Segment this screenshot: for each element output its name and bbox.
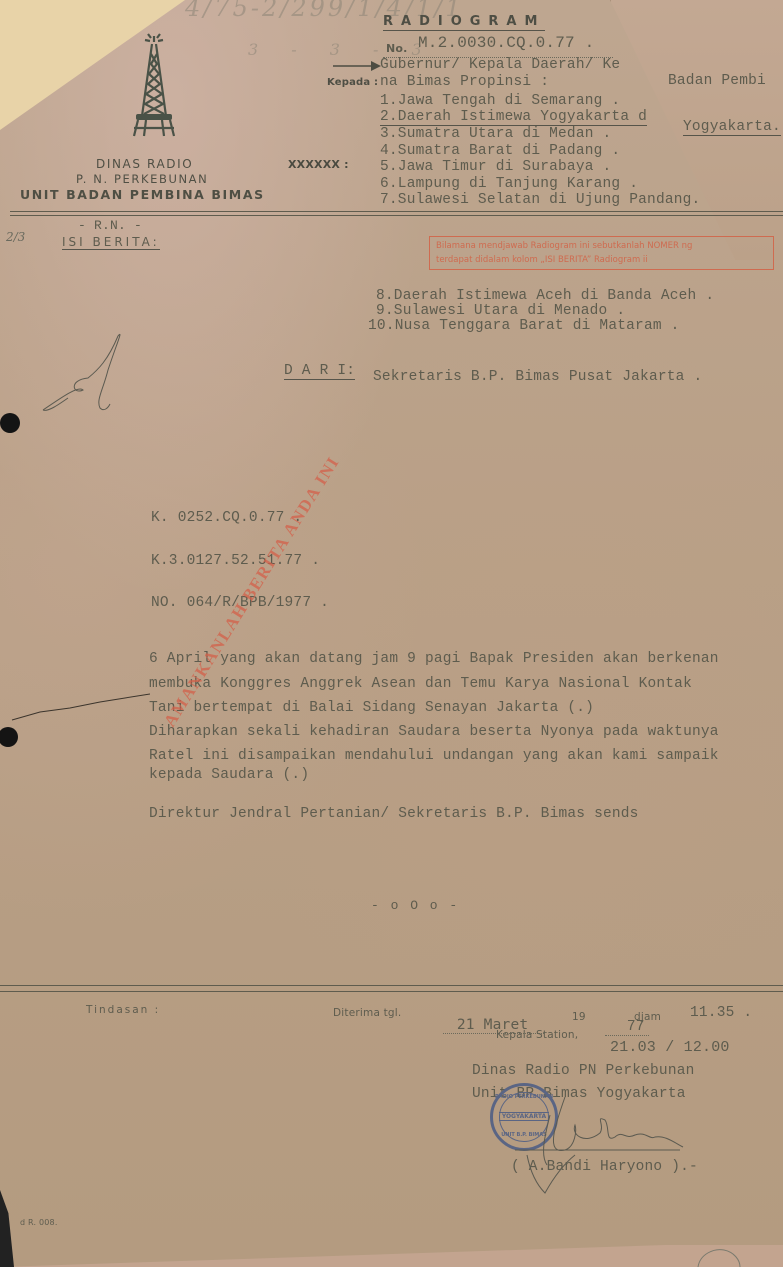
tindasan-label: Tindasan : xyxy=(86,1004,160,1016)
handwritten-signature-icon xyxy=(505,1095,695,1195)
station-receipt-stamp: 21.03 / 12.00 xyxy=(610,1039,730,1056)
notice-line1: Bilamana mendjawab Radiogram ini sebutka… xyxy=(436,241,679,251)
djam-label: djam xyxy=(634,1011,661,1023)
footer-divider-second xyxy=(0,991,783,992)
struck-out-label: XXXXXX : xyxy=(288,158,349,171)
recipient-item: 1.Jawa Tengah di Semarang . xyxy=(380,93,620,109)
signatory-name: ( A.Bandi Haryono ).- xyxy=(511,1159,698,1175)
recipient-item: 4.Sumatra Barat di Padang . xyxy=(380,143,620,159)
recipient-item: 9.Sulawesi Utara di Menado . xyxy=(376,303,625,319)
footer-divider xyxy=(0,985,783,986)
recipient-intro-line2: na Bimas Propinsi : xyxy=(380,74,549,90)
message-line: Tani bertempat di Balai Sidang Senayan J… xyxy=(149,700,594,716)
handwritten-initial-icon xyxy=(38,330,138,420)
year-prefix: 19 xyxy=(572,1011,586,1023)
org-name-unit: UNIT BADAN PEMBINA BIMAS xyxy=(20,187,265,202)
message-closing: Direktur Jendral Pertanian/ Sekretaris B… xyxy=(149,806,639,822)
message-line: Diharapkan sekali kehadiran Saudara bese… xyxy=(149,724,719,740)
reference-number: K.3.0127.52.51.77 . xyxy=(151,553,320,569)
punch-hole-top xyxy=(0,413,20,433)
kepala-station-label: Kepala Station, xyxy=(496,1029,578,1041)
header-divider xyxy=(10,211,783,212)
sender-value: Sekretaris B.P. Bimas Pusat Jakarta . xyxy=(373,369,702,385)
recipient-item: 7.Sulawesi Selatan di Ujung Pandang. xyxy=(380,192,700,208)
message-line: Ratel ini disampaikan mendahului undanga… xyxy=(149,748,719,764)
sender-label: D A R I: xyxy=(284,363,355,380)
kepada-label: Kepada : xyxy=(327,77,378,88)
stamp-fragment-icon xyxy=(694,1248,744,1267)
diterima-label: Diterima tgl. xyxy=(333,1007,401,1019)
notice-line1-continued: ng xyxy=(682,241,693,251)
radiogram-number: M.2.0030.CQ.0.77 . xyxy=(418,34,594,52)
recipient-intro-line1-continued: Badan Pembi xyxy=(668,73,766,89)
message-line: 6 April yang akan datang jam 9 pagi Bapa… xyxy=(149,651,719,667)
recipient-item: 6.Lampung di Tanjung Karang . xyxy=(380,176,638,192)
arrow-right-icon xyxy=(333,60,383,72)
message-line: kepada Saudara (.) xyxy=(149,767,309,783)
paper-tear-icon xyxy=(10,690,150,730)
end-of-message-mark: - o O o - xyxy=(371,898,459,913)
recipient-item: 10.Nusa Tenggara Barat di Mataram . xyxy=(368,318,680,334)
margin-note: 2/3 xyxy=(6,230,25,244)
message-line: membuka Konggres Anggrek Asean dan Temu … xyxy=(149,676,692,692)
reply-instruction-notice: Bilamana mendjawab Radiogram ini sebutka… xyxy=(429,236,774,270)
header-divider-second xyxy=(10,215,783,216)
radio-tower-icon xyxy=(132,28,176,140)
isi-berita-label: ISI BERITA: xyxy=(62,235,160,250)
rn-label: - R.N. - xyxy=(78,218,142,233)
form-code: d R. 008. xyxy=(20,1218,58,1227)
number-label: No. xyxy=(386,42,408,55)
recipient-item-2-continued: Yogyakarta. xyxy=(683,119,781,136)
document-title: RADIOGRAM xyxy=(383,14,545,31)
recipient-item: 5.Jawa Timur di Surabaya . xyxy=(380,159,611,175)
reference-number: K. 0252.CQ.0.77 . xyxy=(151,510,302,526)
recipient-item: 2.Daerah Istimewa Yogyakarta d xyxy=(380,109,647,126)
signature-org-line1: Dinas Radio PN Perkebunan xyxy=(472,1063,695,1079)
received-time: 11.35 . xyxy=(690,1005,752,1021)
recipient-item: 3.Sumatra Utara di Medan . xyxy=(380,126,611,142)
org-name-dinas-radio: DINAS RADIO xyxy=(96,157,193,171)
recipient-intro-line1: Gubernur/ Kepala Daerah/ Ke xyxy=(380,57,620,73)
recipient-item: 8.Daerah Istimewa Aceh di Banda Aceh . xyxy=(376,288,714,304)
notice-line2: terdapat didalam kolom „ISI BERITA” Radi… xyxy=(436,253,767,267)
org-name-pn-perkebunan: P. N. PERKEBUNAN xyxy=(76,172,208,186)
